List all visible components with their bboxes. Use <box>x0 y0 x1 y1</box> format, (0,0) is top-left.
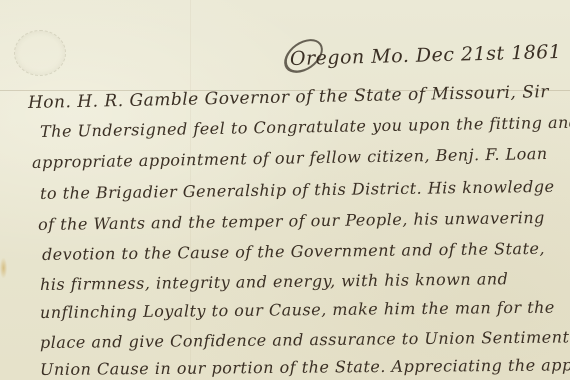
letter-line: his firmness, integrity and energy, with… <box>40 269 509 294</box>
letter-line: place and give Confidence and assurance … <box>40 327 570 352</box>
letter-line: devotion to the Cause of the Government … <box>42 239 545 264</box>
letter-line: of the Wants and the temper of our Peopl… <box>38 208 545 234</box>
letter-line: Union Cause in our portion of the State.… <box>40 355 570 379</box>
salutation: Hon. H. R. Gamble Governor of the State … <box>28 82 549 113</box>
embossed-seal-icon <box>14 30 66 76</box>
letter-line: to the Brigadier Generalship of this Dis… <box>40 177 555 203</box>
letter-line: The Undersigned feel to Congratulate you… <box>40 113 570 141</box>
letter-page: Oregon Mo. Dec 21st 1861 Hon. H. R. Gamb… <box>0 0 570 380</box>
letter-line: unflinching Loyalty to our Cause, make h… <box>40 298 555 322</box>
dateline: Oregon Mo. Dec 21st 1861 <box>290 41 562 70</box>
ink-stain <box>0 258 7 278</box>
letter-line: appropriate appointment of our fellow ci… <box>32 144 548 172</box>
